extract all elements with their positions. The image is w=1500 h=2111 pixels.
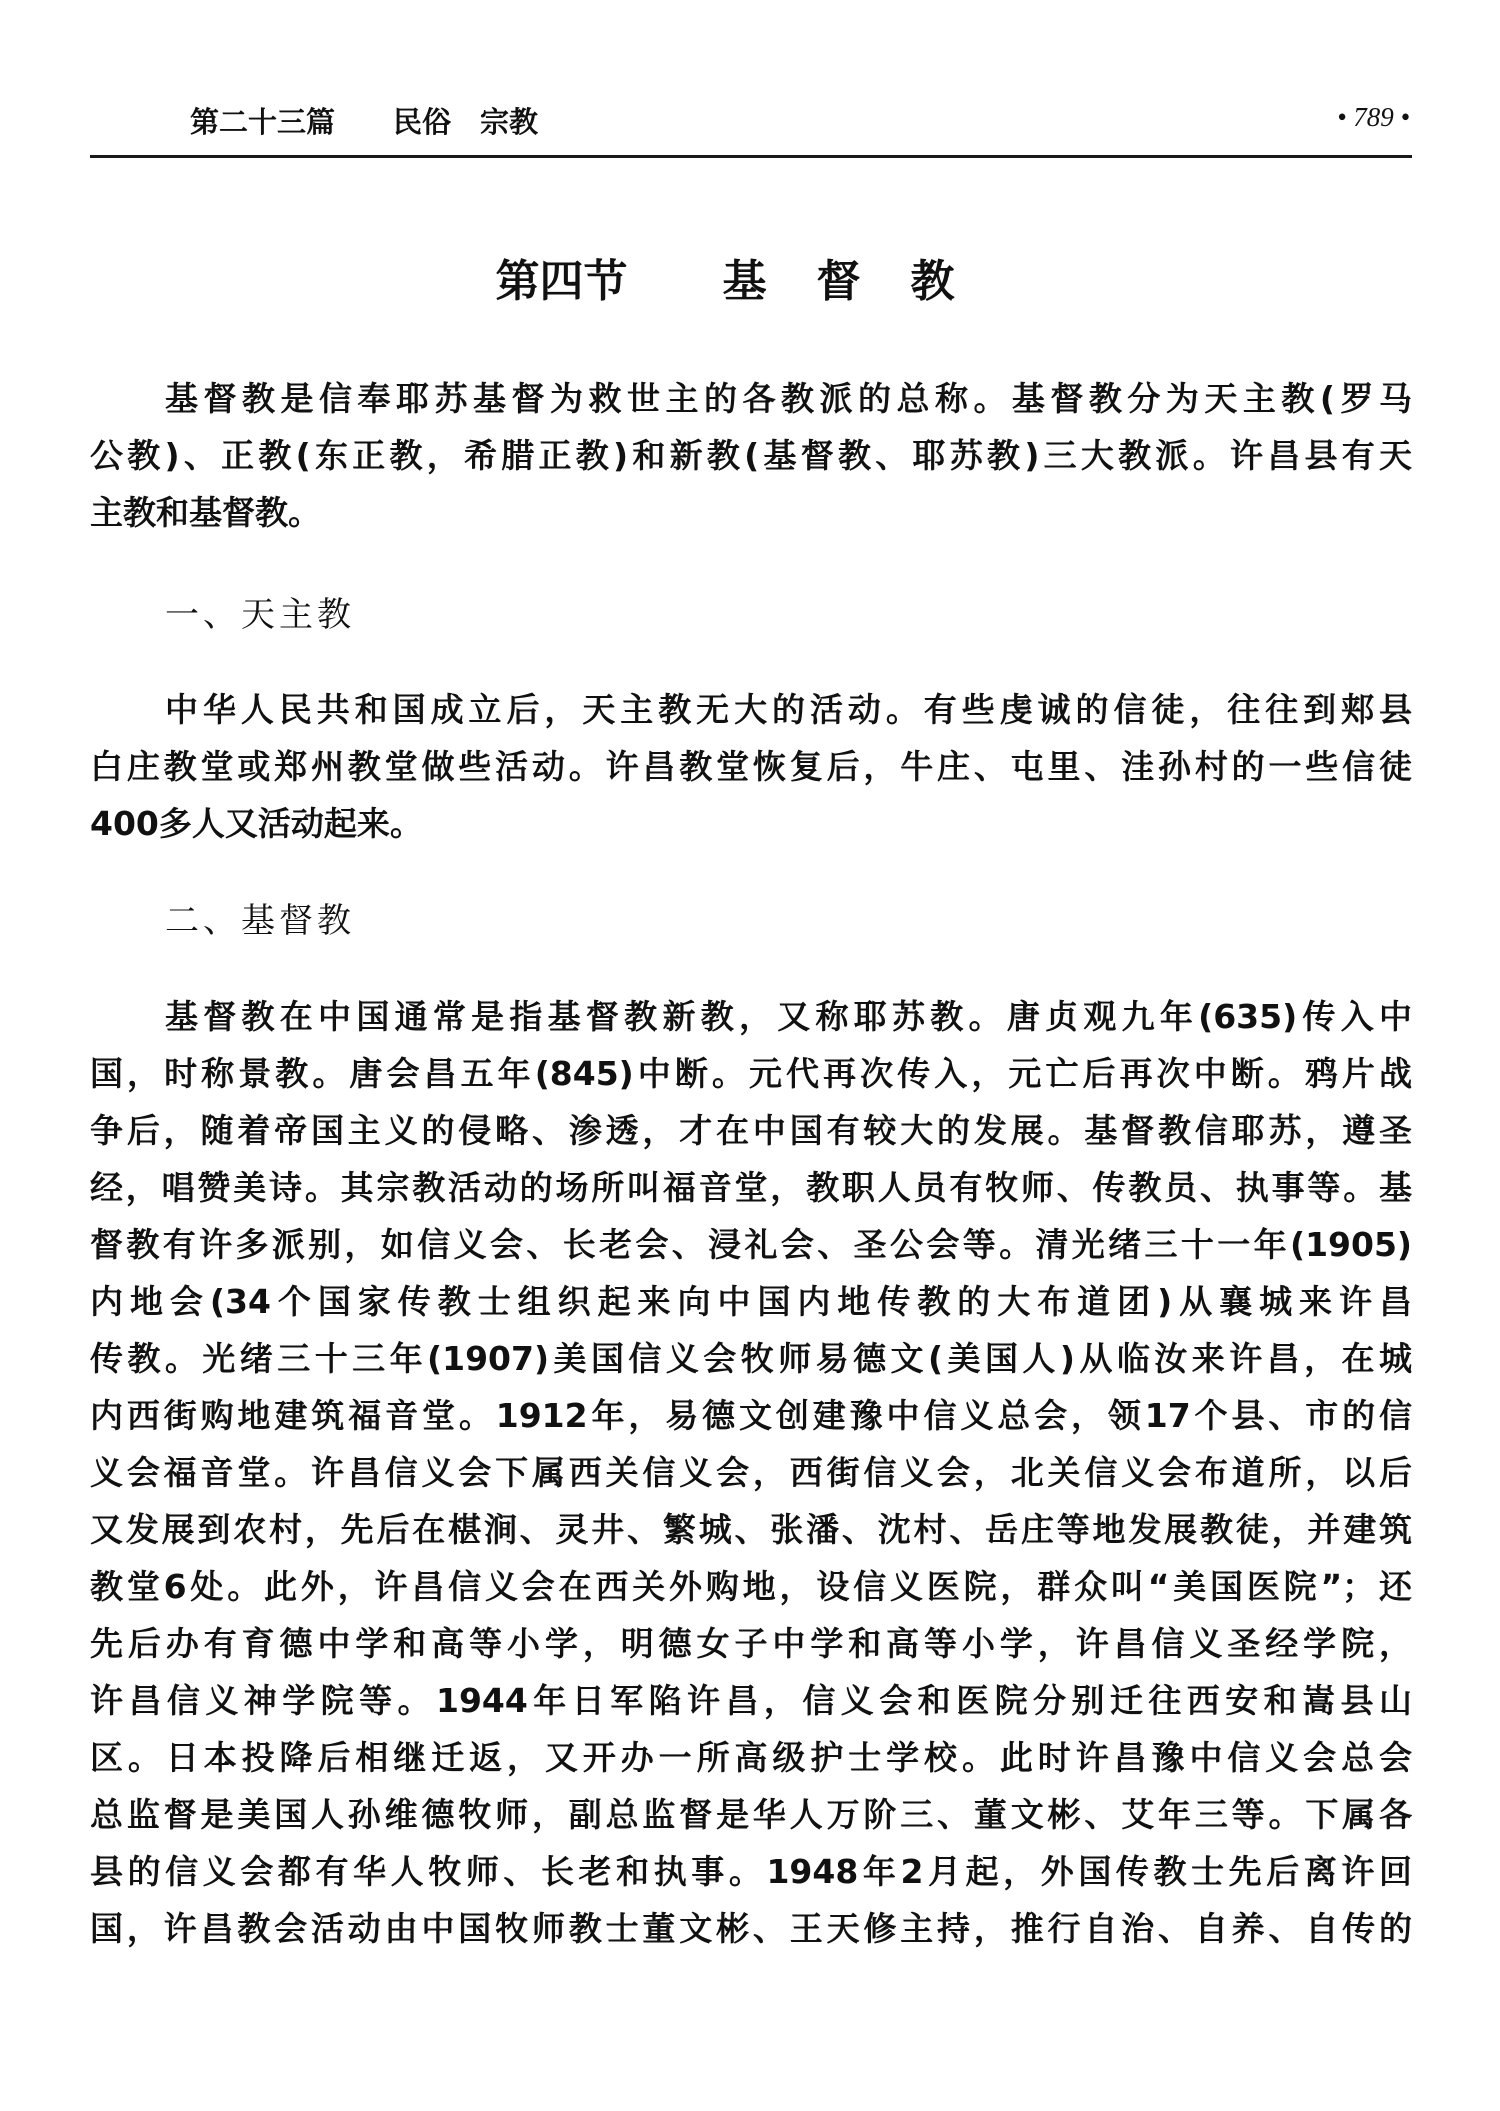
text-line: 总监督是美国人孙维德牧师，副总监督是华人万阶三、董文彬、艾年三等。下属各 [90,1786,1412,1843]
document-page: 第二十三篇 民俗 宗教 • 789 • 第四节基督教 基督教是信奉耶苏基督为救世… [0,0,1500,2111]
subsection-catholicism: 一、天主教 [90,587,1412,644]
text-line: 争后，随着帝国主义的侵略、渗透，才在中国有较大的发展。基督教信耶苏，遵圣 [90,1102,1412,1159]
text-line: 义会福音堂。许昌信义会下属西关信义会，西街信义会，北关信义会布道所，以后 [90,1444,1412,1501]
protestantism-paragraph: 基督教在中国通常是指基督教新教，又称耶苏教。唐贞观九年(635)传入中 国，时称… [90,988,1412,1957]
header-divider [90,155,1412,158]
text-line: 400多人又活动起来。 [90,795,1412,852]
subsection-protestantism: 二、基督教 [90,893,1412,950]
text-line: 先后办有育德中学和高等小学，明德女子中学和高等小学，许昌信义圣经学院， [90,1615,1412,1672]
text-line: 经，唱赞美诗。其宗教活动的场所叫福音堂，教职人员有牧师、传教员、执事等。基 [90,1159,1412,1216]
text-line: 区。日本投降后相继迁返，又开办一所高级护士学校。此时许昌豫中信义会总会 [90,1729,1412,1786]
text-line: 公教)、正教(东正教，希腊正教)和新教(基督教、耶苏教)三大教派。许昌县有天 [90,427,1412,484]
text-line: 又发展到农村，先后在椹涧、灵井、繁城、张潘、沈村、岳庄等地发展教徒，并建筑 [90,1501,1412,1558]
intro-paragraph: 基督教是信奉耶苏基督为救世主的各教派的总称。基督教分为天主教(罗马 公教)、正教… [90,370,1412,541]
text-line: 中华人民共和国成立后，天主教无大的活动。有些虔诚的信徒，往往到郏县 [90,681,1412,738]
text-line: 白庄教堂或郑州教堂做些活动。许昌教堂恢复后，牛庄、屯里、洼孙村的一些信徒 [90,738,1412,795]
text-line: 教堂6处。此外，许昌信义会在西关外购地，设信义医院，群众叫“美国医院”；还 [90,1558,1412,1615]
text-line: 主教和基督教。 [90,484,1412,541]
section-title: 第四节基督教 [0,245,1500,309]
page-number: • 789 • [1337,102,1410,133]
text-line: 国，时称景教。唐会昌五年(845)中断。元代再次传入，元亡后再次中断。鸦片战 [90,1045,1412,1102]
text-line: 内地会(34个国家传教士组织起来向中国内地传教的大布道团)从襄城来许昌 [90,1273,1412,1330]
section-number: 第四节 [496,256,628,307]
text-line: 县的信义会都有华人牧师、长老和执事。1948年2月起，外国传教士先后离许回 [90,1843,1412,1900]
subsection-heading: 一、天主教 [90,587,1412,644]
text-line: 督教有许多派别，如信义会、长老会、浸礼会、圣公会等。清光绪三十一年(1905) [90,1216,1412,1273]
section-name: 基督教 [723,256,1005,307]
text-line: 基督教在中国通常是指基督教新教，又称耶苏教。唐贞观九年(635)传入中 [90,988,1412,1045]
text-line: 许昌信义神学院等。1944年日军陷许昌，信义会和医院分别迁往西安和嵩县山 [90,1672,1412,1729]
running-header: 第二十三篇 民俗 宗教 • 789 • [90,100,1410,150]
chapter-title: 第二十三篇 民俗 宗教 [190,100,538,141]
text-line: 传教。光绪三十三年(1907)美国信义会牧师易德文(美国人)从临汝来许昌，在城 [90,1330,1412,1387]
text-line: 国，许昌教会活动由中国牧师教士董文彬、王天修主持，推行自治、自养、自传的 [90,1900,1412,1957]
text-line: 内西街购地建筑福音堂。1912年，易德文创建豫中信义总会，领17个县、市的信 [90,1387,1412,1444]
catholicism-paragraph: 中华人民共和国成立后，天主教无大的活动。有些虔诚的信徒，往往到郏县 白庄教堂或郑… [90,681,1412,852]
text-line: 基督教是信奉耶苏基督为救世主的各教派的总称。基督教分为天主教(罗马 [90,370,1412,427]
subsection-heading: 二、基督教 [90,893,1412,950]
